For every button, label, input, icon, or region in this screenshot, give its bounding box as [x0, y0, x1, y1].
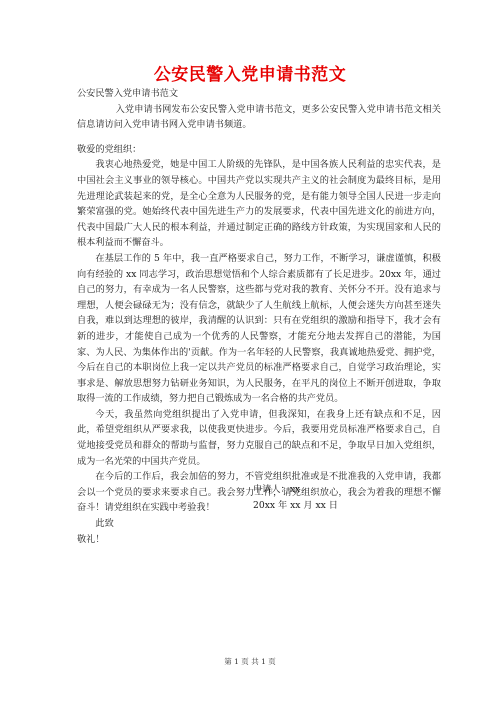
document-subtitle: 公安民警入党申请书范文	[77, 86, 441, 102]
intro-paragraph: 入党申请书网发布公安民警入党申请书范文，更多公安民警入党申请书范文相关信息请访问…	[77, 102, 441, 133]
document-body: 公安民警入党申请书范文 入党申请书网发布公安民警入党申请书范文，更多公安民警入党…	[77, 86, 441, 547]
body-paragraph: 在基层工作的 5 年中，我一直严格要求自己，努力工作，不断学习，谦虚谨慎，积极向…	[77, 251, 441, 407]
closing-line-1: 此致	[77, 516, 441, 532]
page-footer: 第 1 页 共 1 页	[0, 656, 500, 667]
body-paragraph: 我衷心地热爱党，她是中国工人阶级的先锋队，是中国各族人民利益的忠实代表，是中国社…	[77, 157, 441, 251]
document-title: 公安民警入党申请书范文	[0, 60, 500, 85]
salutation: 敬爱的党组织：	[77, 142, 441, 158]
signature-block: 申请人：xx 20xx 年 xx 月 xx 日	[253, 482, 338, 513]
spacer	[77, 133, 441, 142]
applicant-name: 申请人：xx	[253, 482, 338, 498]
application-date: 20xx 年 xx 月 xx 日	[253, 498, 338, 514]
body-paragraph: 今天，我虽然向党组织提出了入党申请，但我深知，在我身上还有缺点和不足，因此，希望…	[77, 407, 441, 469]
closing-line-2: 敬礼！	[77, 532, 441, 548]
document-page: 公安民警入党申请书范文 公安民警入党申请书范文 入党申请书网发布公安民警入党申请…	[0, 0, 500, 707]
